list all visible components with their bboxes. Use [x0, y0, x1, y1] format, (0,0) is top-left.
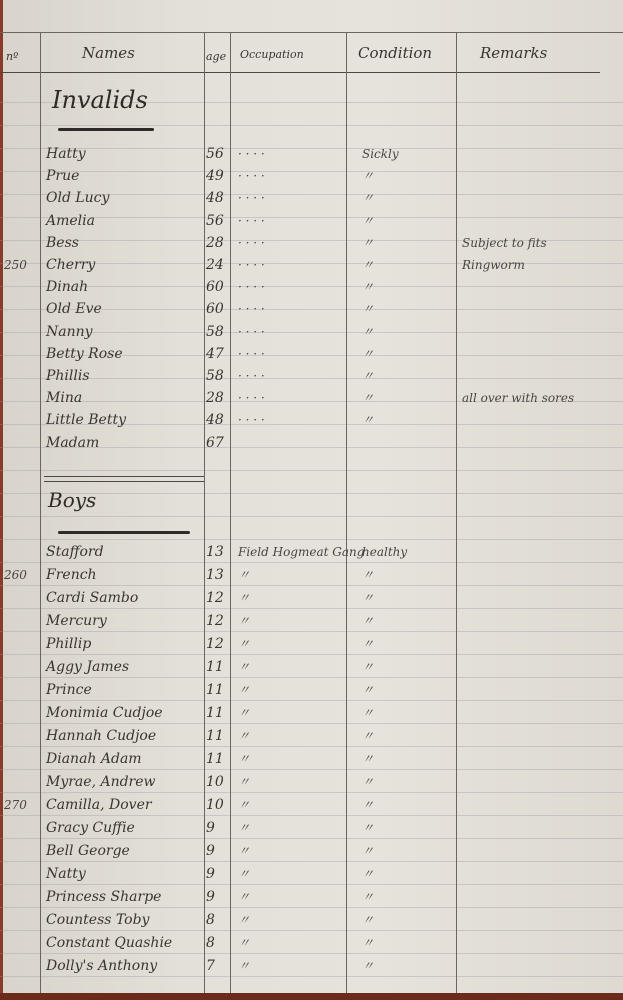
row-condition: 〃	[362, 795, 374, 815]
header-rule	[0, 72, 600, 73]
row-name: Myrae, Andrew	[46, 772, 156, 792]
row-name: Betty Rose	[46, 344, 123, 364]
row-age: 24	[206, 255, 224, 275]
table-row: 250Cherry24· · · ·〃Ringworm	[0, 255, 623, 277]
table-row: Bell George9〃〃	[0, 841, 623, 863]
row-name: Nanny	[46, 322, 93, 342]
row-age: 58	[206, 366, 224, 386]
row-age: 13	[206, 565, 224, 585]
row-condition: 〃	[362, 366, 374, 386]
table-row: Dinah60· · · ·〃	[0, 277, 623, 299]
table-row: 270Camilla, Dover10〃〃	[0, 795, 623, 817]
row-name: Amelia	[46, 211, 95, 231]
row-name: Madam	[46, 433, 99, 453]
row-occupation: · · · ·	[238, 144, 265, 164]
table-row: Constant Quashie8〃〃	[0, 933, 623, 955]
section-divider	[44, 481, 204, 482]
row-age: 60	[206, 299, 224, 319]
row-number: 250	[4, 255, 27, 275]
row-condition: 〃	[362, 588, 374, 608]
table-row: Hannah Cudjoe11〃〃	[0, 726, 623, 748]
row-occupation: 〃	[238, 657, 250, 677]
row-occupation: 〃	[238, 611, 250, 631]
row-occupation: Field Hogmeat Gang	[238, 542, 364, 562]
row-condition: 〃	[362, 611, 374, 631]
row-condition: 〃	[362, 233, 374, 253]
row-name: Stafford	[46, 542, 104, 562]
row-condition: 〃	[362, 933, 374, 953]
row-age: 12	[206, 588, 224, 608]
row-age: 56	[206, 211, 224, 231]
row-condition: 〃	[362, 772, 374, 792]
table-row: Old Lucy48· · · ·〃	[0, 188, 623, 210]
row-occupation: 〃	[238, 933, 250, 953]
row-occupation: · · · ·	[238, 233, 265, 253]
row-name: Mercury	[46, 611, 107, 631]
row-condition: 〃	[362, 910, 374, 930]
row-condition: 〃	[362, 255, 374, 275]
row-condition: 〃	[362, 388, 374, 408]
row-condition: 〃	[362, 680, 374, 700]
row-name: Hannah Cudjoe	[46, 726, 156, 746]
row-name: Cherry	[46, 255, 95, 275]
table-row: Betty Rose47· · · ·〃	[0, 344, 623, 366]
table-row: Cardi Sambo12〃〃	[0, 588, 623, 610]
row-name: Constant Quashie	[46, 933, 172, 953]
row-occupation: 〃	[238, 749, 250, 769]
row-name: Dolly's Anthony	[46, 956, 157, 976]
table-row: Old Eve60· · · ·〃	[0, 299, 623, 321]
row-condition: 〃	[362, 956, 374, 976]
row-occupation: 〃	[238, 887, 250, 907]
table-row: Mina28· · · ·〃all over with sores	[0, 388, 623, 410]
row-condition: 〃	[362, 166, 374, 186]
header-no: nº	[6, 50, 18, 63]
row-age: 47	[206, 344, 224, 364]
row-condition: 〃	[362, 634, 374, 654]
ledger-page: nº Names age Occupation Condition Remark…	[0, 0, 623, 1000]
row-occupation: 〃	[238, 588, 250, 608]
header-remarks: Remarks	[480, 44, 547, 62]
row-occupation: · · · ·	[238, 366, 265, 386]
table-row: Little Betty48· · · ·〃	[0, 410, 623, 432]
row-name: Bell George	[46, 841, 130, 861]
row-age: 67	[206, 433, 224, 453]
row-number: 260	[4, 565, 27, 585]
table-row: Bess28· · · ·〃Subject to fits	[0, 233, 623, 255]
row-occupation: · · · ·	[238, 277, 265, 297]
section-underline	[58, 128, 154, 131]
row-name: Phillis	[46, 366, 90, 386]
row-occupation: · · · ·	[238, 388, 265, 408]
row-age: 48	[206, 188, 224, 208]
row-occupation: 〃	[238, 565, 250, 585]
row-remarks: Ringworm	[462, 255, 525, 275]
row-condition: 〃	[362, 188, 374, 208]
row-number: 270	[4, 795, 27, 815]
row-age: 9	[206, 887, 215, 907]
row-occupation: · · · ·	[238, 255, 265, 275]
row-name: Dianah Adam	[46, 749, 142, 769]
row-name: French	[46, 565, 97, 585]
table-row: Phillip12〃〃	[0, 634, 623, 656]
row-condition: 〃	[362, 344, 374, 364]
table-row: Nanny58· · · ·〃	[0, 322, 623, 344]
row-condition: 〃	[362, 299, 374, 319]
header-names: Names	[82, 44, 135, 62]
section-title-boys: Boys	[48, 488, 96, 512]
row-name: Mina	[46, 388, 82, 408]
table-row: Natty9〃〃	[0, 864, 623, 886]
table-row: Prue49· · · ·〃	[0, 166, 623, 188]
table-row: Aggy James11〃〃	[0, 657, 623, 679]
row-age: 13	[206, 542, 224, 562]
table-row: Prince11〃〃	[0, 680, 623, 702]
row-name: Aggy James	[46, 657, 129, 677]
row-occupation: 〃	[238, 841, 250, 861]
row-condition: 〃	[362, 322, 374, 342]
table-row: Amelia56· · · ·〃	[0, 211, 623, 233]
row-occupation: 〃	[238, 726, 250, 746]
row-occupation: 〃	[238, 818, 250, 838]
row-age: 11	[206, 726, 224, 746]
header-age: age	[206, 50, 226, 63]
row-age: 56	[206, 144, 224, 164]
row-name: Hatty	[46, 144, 86, 164]
table-row: Princess Sharpe9〃〃	[0, 887, 623, 909]
row-age: 11	[206, 703, 224, 723]
row-age: 28	[206, 388, 224, 408]
row-age: 9	[206, 864, 215, 884]
row-age: 7	[206, 956, 215, 976]
row-remarks: all over with sores	[462, 388, 574, 408]
row-occupation: · · · ·	[238, 322, 265, 342]
row-condition: 〃	[362, 864, 374, 884]
row-age: 8	[206, 910, 215, 930]
row-age: 11	[206, 749, 224, 769]
row-condition: 〃	[362, 703, 374, 723]
row-name: Old Lucy	[46, 188, 109, 208]
row-occupation: · · · ·	[238, 299, 265, 319]
row-condition: 〃	[362, 410, 374, 430]
table-row: Hatty56· · · ·Sickly	[0, 144, 623, 166]
row-name: Countess Toby	[46, 910, 149, 930]
row-age: 10	[206, 795, 224, 815]
row-name: Little Betty	[46, 410, 126, 430]
row-occupation: 〃	[238, 910, 250, 930]
row-age: 10	[206, 772, 224, 792]
row-age: 12	[206, 611, 224, 631]
table-row: Gracy Cuffie9〃〃	[0, 818, 623, 840]
row-age: 28	[206, 233, 224, 253]
top-rule	[0, 32, 623, 33]
row-occupation: 〃	[238, 703, 250, 723]
row-age: 9	[206, 818, 215, 838]
row-occupation: 〃	[238, 680, 250, 700]
row-age: 60	[206, 277, 224, 297]
row-name: Prince	[46, 680, 92, 700]
table-row: 260French13〃〃	[0, 565, 623, 587]
row-occupation: · · · ·	[238, 410, 265, 430]
row-age: 8	[206, 933, 215, 953]
row-occupation: 〃	[238, 956, 250, 976]
row-age: 48	[206, 410, 224, 430]
row-condition: 〃	[362, 749, 374, 769]
row-condition: 〃	[362, 818, 374, 838]
row-condition: 〃	[362, 841, 374, 861]
row-name: Princess Sharpe	[46, 887, 161, 907]
row-occupation: · · · ·	[238, 211, 265, 231]
row-occupation: · · · ·	[238, 344, 265, 364]
row-condition: Sickly	[362, 144, 399, 164]
row-name: Camilla, Dover	[46, 795, 152, 815]
row-condition: 〃	[362, 211, 374, 231]
row-condition: healthy	[362, 542, 407, 562]
table-row: Mercury12〃〃	[0, 611, 623, 633]
table-row: Monimia Cudjoe11〃〃	[0, 703, 623, 725]
row-name: Gracy Cuffie	[46, 818, 135, 838]
section-title-invalids: Invalids	[52, 86, 148, 114]
row-occupation: 〃	[238, 634, 250, 654]
row-occupation: · · · ·	[238, 166, 265, 186]
table-row: Phillis58· · · ·〃	[0, 366, 623, 388]
table-row: Myrae, Andrew10〃〃	[0, 772, 623, 794]
table-row: Dolly's Anthony7〃〃	[0, 956, 623, 978]
header-condition: Condition	[358, 44, 432, 62]
row-age: 58	[206, 322, 224, 342]
row-occupation: 〃	[238, 864, 250, 884]
row-condition: 〃	[362, 657, 374, 677]
row-remarks: Subject to fits	[462, 233, 547, 253]
row-name: Cardi Sambo	[46, 588, 138, 608]
row-name: Dinah	[46, 277, 88, 297]
row-condition: 〃	[362, 887, 374, 907]
row-name: Natty	[46, 864, 86, 884]
row-condition: 〃	[362, 277, 374, 297]
table-row: Dianah Adam11〃〃	[0, 749, 623, 771]
row-age: 11	[206, 680, 224, 700]
section-divider	[44, 476, 204, 477]
table-row: Countess Toby8〃〃	[0, 910, 623, 932]
row-occupation: 〃	[238, 795, 250, 815]
row-occupation: · · · ·	[238, 188, 265, 208]
binding-edge	[0, 993, 623, 1000]
header-occupation: Occupation	[240, 48, 304, 61]
table-row: Stafford13Field Hogmeat Ganghealthy	[0, 542, 623, 564]
row-condition: 〃	[362, 565, 374, 585]
row-name: Phillip	[46, 634, 91, 654]
section-underline	[58, 531, 190, 534]
row-age: 9	[206, 841, 215, 861]
row-name: Prue	[46, 166, 79, 186]
row-age: 11	[206, 657, 224, 677]
row-occupation: 〃	[238, 772, 250, 792]
row-name: Monimia Cudjoe	[46, 703, 163, 723]
row-age: 12	[206, 634, 224, 654]
row-name: Bess	[46, 233, 79, 253]
row-age: 49	[206, 166, 224, 186]
row-condition: 〃	[362, 726, 374, 746]
row-name: Old Eve	[46, 299, 102, 319]
table-row: Madam67	[0, 433, 623, 455]
